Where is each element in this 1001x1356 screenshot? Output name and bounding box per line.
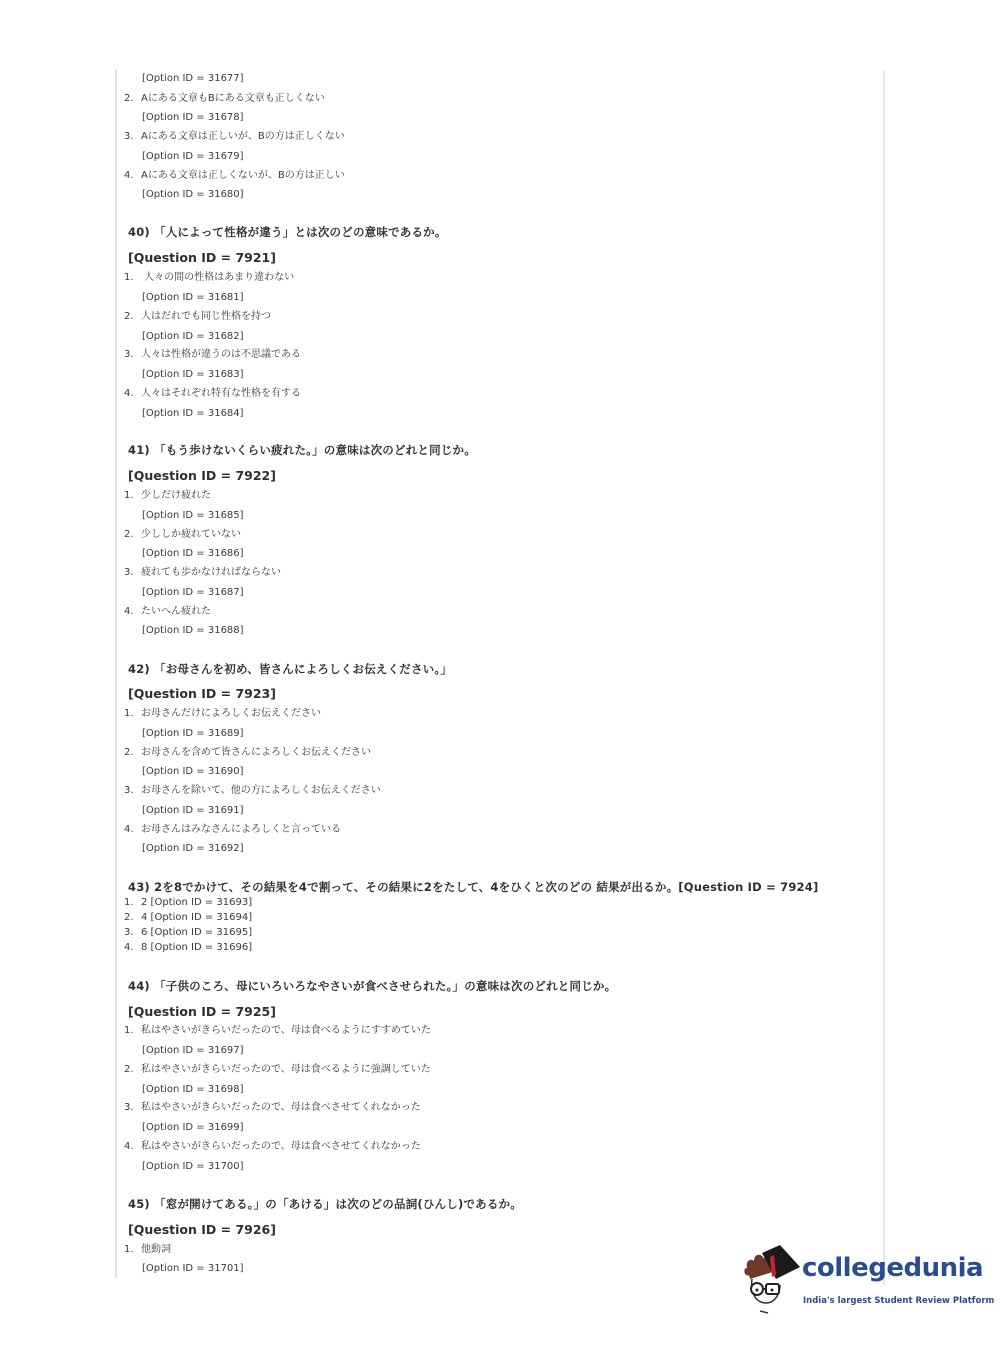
brand-suffix: .com <box>958 1265 964 1277</box>
option-id: [Option ID = 31697] <box>142 1045 244 1056</box>
question-title: 42) 「お母さんを初め、皆さんによろしくお伝えください。」 <box>128 661 452 677</box>
option-item: 4.8 [Option ID = 31696] <box>124 942 252 953</box>
option-id: [Option ID = 31692] <box>142 843 244 854</box>
option-id: [Option ID = 31686] <box>142 548 244 559</box>
option-item: 3.Aにある文章は正しいが、Bの方は正しくない <box>124 127 345 142</box>
question-id: [Question ID = 7923] <box>128 686 276 701</box>
option-id: [Option ID = 31677] <box>142 73 244 84</box>
question-title: 44) 「子供のころ、母にいろいろなやさいが食べさせられた。」の意味は次のどれと… <box>128 978 616 994</box>
option-id: [Option ID = 31687] <box>142 587 244 598</box>
collegedunia-logo: collegedunia .com India's largest Studen… <box>740 1245 975 1325</box>
option-id: [Option ID = 31678] <box>142 112 244 123</box>
option-id: [Option ID = 31700] <box>142 1161 244 1172</box>
option-item: 4.たいへん疲れた <box>124 602 211 617</box>
option-item: 2.4 [Option ID = 31694] <box>124 912 252 923</box>
question-id: [Question ID = 7926] <box>128 1222 276 1237</box>
option-item: 3.疲れても歩かなければならない <box>124 563 281 578</box>
option-id: [Option ID = 31699] <box>142 1122 244 1133</box>
question-id: [Question ID = 7921] <box>128 250 276 265</box>
question-title: 43) 2を8でかけて、その結果を4で割って、その結果に2をたして、4をひくと次… <box>128 879 818 895</box>
option-item: 1. 人々の間の性格はあまり違わない <box>124 268 294 283</box>
question-id: [Question ID = 7922] <box>128 468 276 483</box>
option-item: 2.お母さんを含めて皆さんによろしくお伝えください <box>124 743 371 758</box>
option-id: [Option ID = 31683] <box>142 369 244 380</box>
page-left-border <box>115 70 117 1278</box>
question-id: [Question ID = 7925] <box>128 1004 276 1019</box>
option-item: 3.6 [Option ID = 31695] <box>124 927 252 938</box>
option-item: 2.人はだれでも同じ性格を持つ <box>124 307 271 322</box>
question-title: 41) 「もう歩けないくらい疲れた。」の意味は次のどれと同じか。 <box>128 442 476 458</box>
option-id: [Option ID = 31680] <box>142 189 244 200</box>
option-id: [Option ID = 31685] <box>142 510 244 521</box>
option-item: 1.他動詞 <box>124 1240 171 1255</box>
option-id: [Option ID = 31682] <box>142 331 244 342</box>
option-item: 1.私はやさいがきらいだったので、母は食べるようにすすめていた <box>124 1021 431 1036</box>
option-id: [Option ID = 31698] <box>142 1084 244 1095</box>
option-item: 4.私はやさいがきらいだったので、母は食べさせてくれなかった <box>124 1137 421 1152</box>
mascot-icon <box>740 1245 802 1320</box>
option-id: [Option ID = 31684] <box>142 408 244 419</box>
option-id: [Option ID = 31701] <box>142 1263 244 1274</box>
option-item: 2.私はやさいがきらいだったので、母は食べるように強調していた <box>124 1060 431 1075</box>
question-title: 45) 「窓が開けてある。」の「あける」は次のどの品詞(ひんし)であるか。 <box>128 1196 522 1212</box>
option-item: 3.人々は性格が違うのは不思議である <box>124 345 301 360</box>
option-item: 4.お母さんはみなさんによろしくと言っている <box>124 820 341 835</box>
option-item: 2.Aにある文章もBにある文章も正しくない <box>124 89 325 104</box>
brand-name: collegedunia <box>802 1253 983 1283</box>
brand-tagline: India's largest Student Review Platform <box>803 1296 994 1306</box>
option-id: [Option ID = 31679] <box>142 151 244 162</box>
option-item: 4.Aにある文章は正しくないが、Bの方は正しい <box>124 166 345 181</box>
option-item: 1.2 [Option ID = 31693] <box>124 897 252 908</box>
option-item: 3.私はやさいがきらいだったので、母は食べさせてくれなかった <box>124 1098 421 1113</box>
option-id: [Option ID = 31690] <box>142 766 244 777</box>
option-item: 2.少ししか疲れていない <box>124 525 241 540</box>
option-item: 1.お母さんだけによろしくお伝えください <box>124 704 321 719</box>
option-id: [Option ID = 31681] <box>142 292 244 303</box>
option-id: [Option ID = 31691] <box>142 805 244 816</box>
option-id: [Option ID = 31688] <box>142 625 244 636</box>
question-title: 40) 「人によって性格が違う」とは次のどの意味であるか。 <box>128 224 447 240</box>
option-item: 4.人々はそれぞれ特有な性格を有する <box>124 384 301 399</box>
page-right-border <box>883 70 885 1285</box>
option-item: 1.少しだけ疲れた <box>124 486 211 501</box>
option-item: 3.お母さんを除いて、他の方によろしくお伝えください <box>124 781 381 796</box>
option-id: [Option ID = 31689] <box>142 728 244 739</box>
